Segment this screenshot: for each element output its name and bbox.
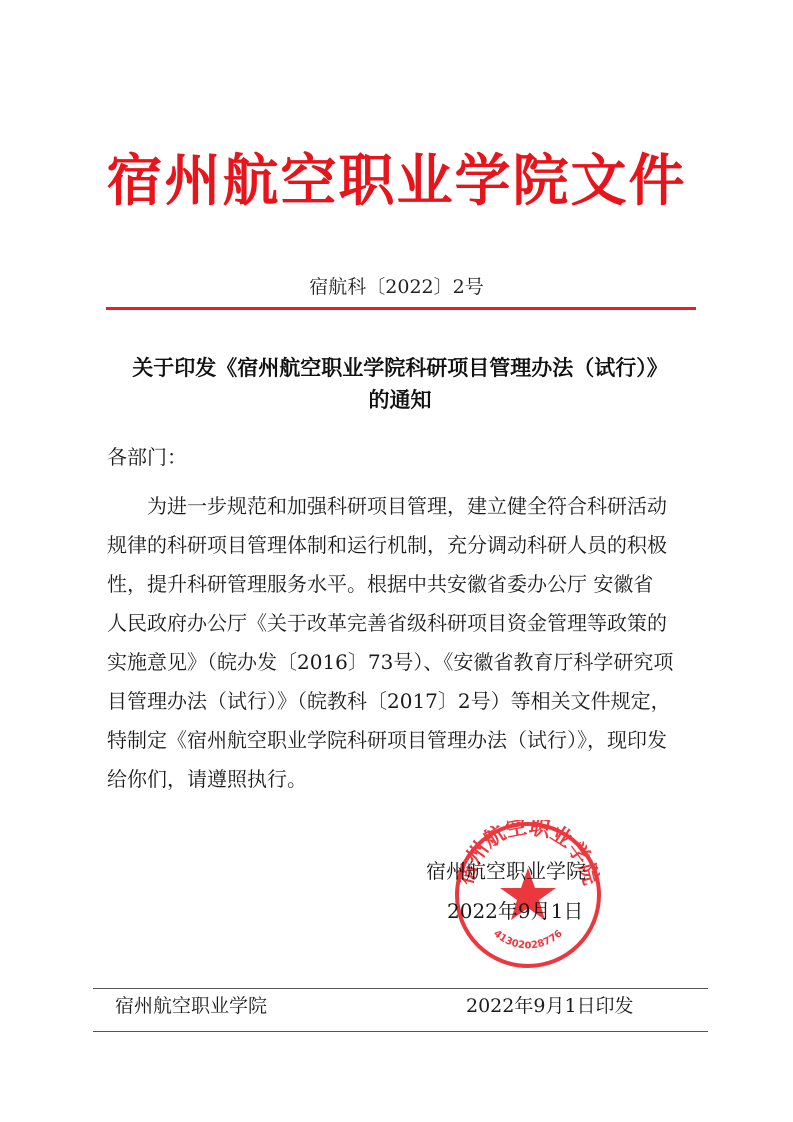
title-line-1: 关于印发《宿州航空职业学院科研项目管理办法（试行）》 — [100, 352, 700, 384]
official-seal-stamp: 宿州航空职业学院 3413020287761 — [453, 820, 603, 970]
body-line: 性，提升科研管理服务水平。根据中共安徽省委办公厅 安徽省 — [107, 565, 691, 604]
body-line: 人民政府办公厅《关于改革完善省级科研项目资金管理等政策的 — [107, 604, 691, 643]
star-icon — [500, 868, 556, 920]
red-divider — [106, 307, 696, 310]
footer-rule-bottom — [93, 1031, 708, 1032]
footer-rule-top — [93, 988, 708, 989]
body-line: 给你们，请遵照执行。 — [107, 760, 691, 799]
body-paragraph: 为进一步规范和加强科研项目管理，建立健全符合科研活动 规律的科研项目管理体制和运… — [107, 487, 691, 799]
title-line-2: 的通知 — [100, 384, 700, 416]
footer-organization: 宿州航空职业学院 — [115, 993, 267, 1019]
body-line: 规律的科研项目管理体制和运行机制，充分调动科研人员的积极 — [107, 526, 691, 565]
body-line: 为进一步规范和加强科研项目管理，建立健全符合科研活动 — [107, 487, 691, 526]
footer-issue-date: 2022年9月1日印发 — [466, 993, 634, 1019]
body-line: 目管理办法（试行）》（皖教科〔2017〕2号）等相关文件规定， — [107, 682, 691, 721]
masthead-title: 宿州航空职业学院文件 — [0, 148, 793, 216]
body-line: 实施意见》（皖办发〔2016〕73号）、《安徽省教育厅科学研究项 — [107, 643, 691, 682]
body-line: 特制定《宿州航空职业学院科研项目管理办法（试行）》，现印发 — [107, 721, 691, 760]
document-number: 宿航科〔2022〕2号 — [0, 274, 793, 300]
salutation: 各部门： — [107, 443, 187, 471]
document-title: 关于印发《宿州航空职业学院科研项目管理办法（试行）》 的通知 — [100, 352, 700, 416]
